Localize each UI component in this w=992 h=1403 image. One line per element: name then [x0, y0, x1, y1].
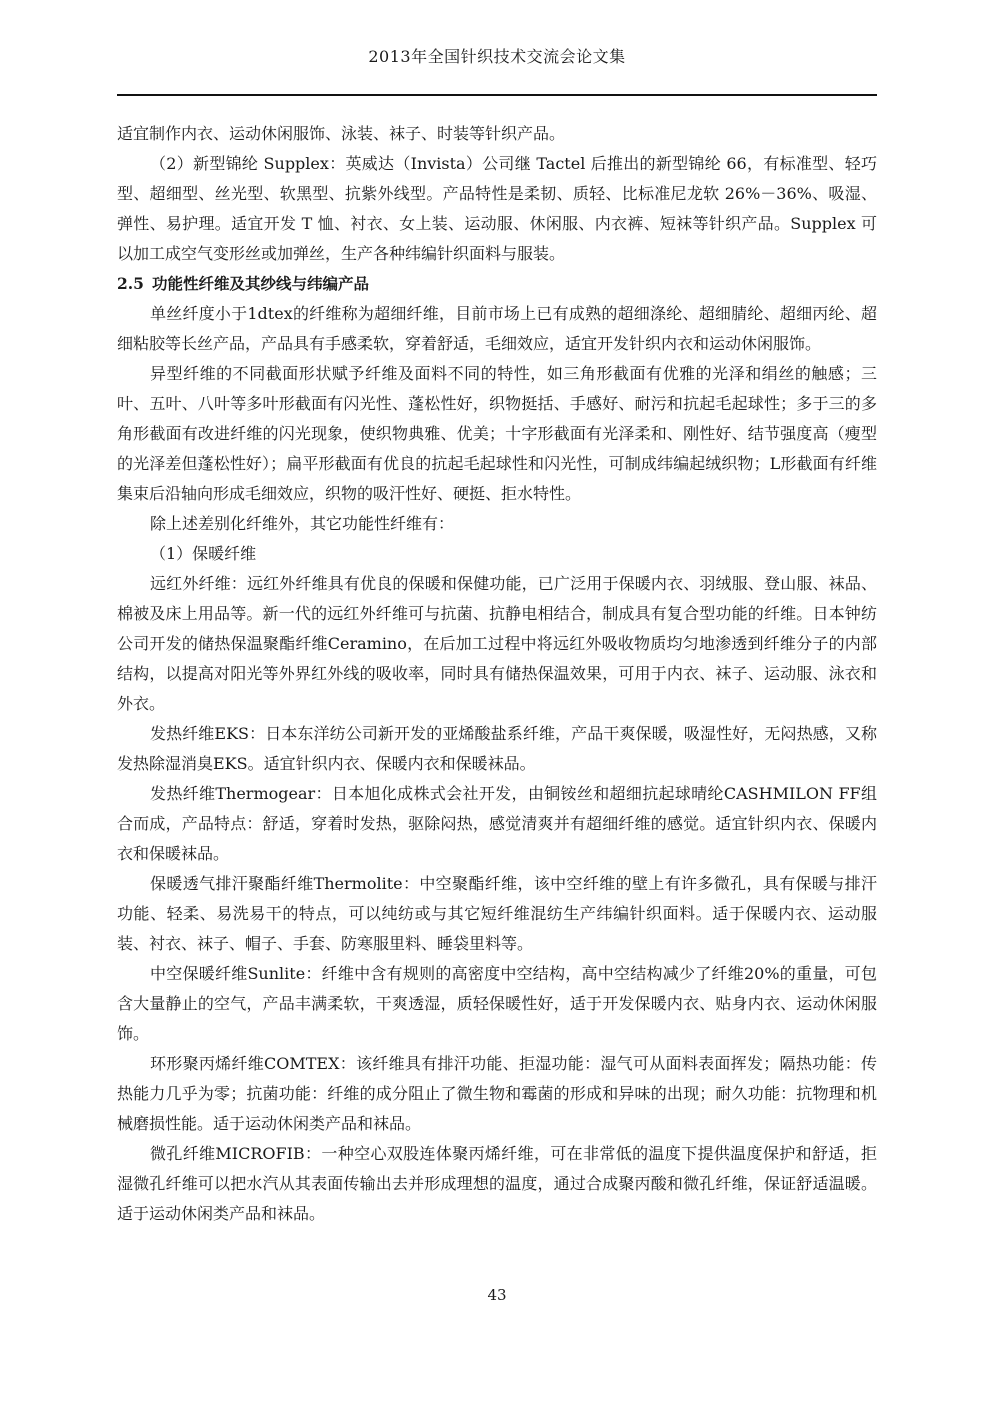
paragraph: 保暖透气排汗聚酯纤维Thermolite：中空聚酯纤维，该中空纤维的壁上有许多微…	[117, 869, 877, 959]
paragraph: 中空保暖纤维Sunlite：纤维中含有规则的高密度中空结构，高中空结构减少了纤维…	[117, 959, 877, 1049]
paragraph: 发热纤维EKS：日本东洋纺公司新开发的亚烯酸盐系纤维，产品干爽保暖，吸湿性好，无…	[117, 719, 877, 779]
section-heading: 2.5功能性纤维及其纱线与纬编产品	[117, 269, 877, 299]
paragraph: 环形聚丙烯纤维COMTEX：该纤维具有排汗功能、拒湿功能：湿气可从面料表面挥发；…	[117, 1049, 877, 1139]
paragraph: 发热纤维Thermogear：日本旭化成株式会社开发，由铜铵丝和超细抗起球晴纶C…	[117, 779, 877, 869]
header-rule	[117, 94, 877, 96]
page-body: 适宜制作内衣、运动休闲服饰、泳装、袜子、时装等针织产品。 （2）新型锦纶 Sup…	[117, 119, 877, 1229]
paragraph: 微孔纤维MICROFIB：一种空心双股连体聚丙烯纤维，可在非常低的温度下提供温度…	[117, 1139, 877, 1229]
running-header: 2013年全国针织技术交流会论文集	[117, 44, 877, 67]
page-number: 43	[117, 1286, 877, 1304]
paragraph: 远红外纤维：远红外纤维具有优良的保暖和保健功能，已广泛用于保暖内衣、羽绒服、登山…	[117, 569, 877, 719]
subheading: （1）保暖纤维	[117, 539, 877, 569]
paragraph: 异型纤维的不同截面形状赋予纤维及面料不同的特性，如三角形截面有优雅的光泽和绢丝的…	[117, 359, 877, 509]
paragraph: （2）新型锦纶 Supplex：英威达（Invista）公司继 Tactel 后…	[117, 149, 877, 269]
paragraph: 单丝纤度小于1dtex的纤维称为超细纤维，目前市场上已有成熟的超细涤纶、超细腈纶…	[117, 299, 877, 359]
paragraph: 除上述差别化纤维外，其它功能性纤维有：	[117, 509, 877, 539]
section-title: 功能性纤维及其纱线与纬编产品	[152, 275, 369, 293]
section-number: 2.5	[117, 274, 144, 293]
paragraph: 适宜制作内衣、运动休闲服饰、泳装、袜子、时装等针织产品。	[117, 119, 877, 149]
